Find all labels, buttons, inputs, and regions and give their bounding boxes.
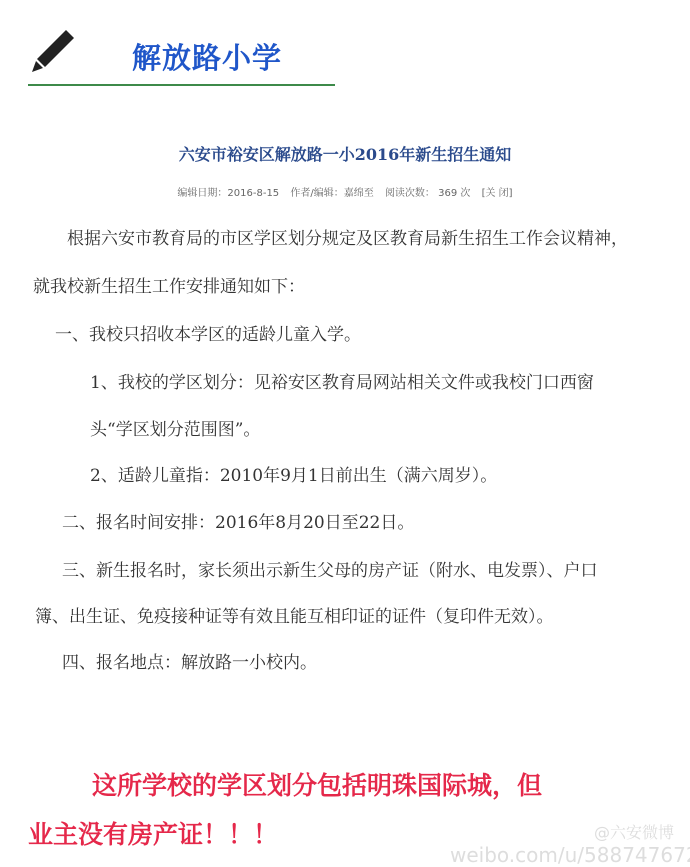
watermark-handle: @六安微博 (594, 820, 674, 843)
author: 作者/编辑：嘉绵至 (290, 188, 373, 199)
annotation-line-2: 业主没有房产证！！！ (28, 815, 278, 851)
paragraph: 就我校新生招生工作安排通知如下： (33, 272, 305, 297)
paragraph: 四、报名地点：解放路一小校内。 (62, 648, 317, 673)
header: 解放路小学 (0, 0, 690, 90)
paragraph: 二、报名时间安排：2016年8月20日至22日。 (62, 508, 414, 533)
read-count: 阅读次数： 369 次 (385, 188, 470, 199)
notice-title: 六安市裕安区解放路一小2016年新生招生通知 (0, 142, 690, 165)
pencil-icon (30, 28, 76, 74)
edit-date: 编辑日期：2016-8-15 (177, 188, 279, 199)
paragraph: 头“学区划分范围图”。 (90, 415, 260, 440)
watermark-url: weibo.com/u/5887476723 (450, 843, 690, 867)
paragraph: 2、适龄儿童指：2010年9月1日前出生（满六周岁）。 (90, 461, 497, 486)
school-name: 解放路小学 (132, 36, 282, 77)
close-link[interactable]: [关 闭] (482, 188, 513, 199)
divider (28, 84, 335, 86)
notice-meta: 编辑日期：2016-8-15 作者/编辑：嘉绵至 阅读次数： 369 次 [关 … (0, 184, 690, 199)
paragraph: 1、我校的学区划分：见裕安区教育局网站相关文件或我校门口西窗 (90, 368, 594, 393)
paragraph: 根据六安市教育局的市区学区划分规定及区教育局新生招生工作会议精神， (67, 224, 628, 249)
paragraph: 三、新生报名时，家长须出示新生父母的房产证（附水、电发票）、户口 (62, 556, 598, 581)
annotation-line-1: 这所学校的学区划分包括明珠国际城，但 (92, 766, 542, 802)
paragraph: 簿、出生证、免疫接种证等有效且能互相印证的证件（复印件无效）。 (35, 602, 554, 627)
paragraph: 一、我校只招收本学区的适龄儿童入学。 (55, 320, 361, 345)
